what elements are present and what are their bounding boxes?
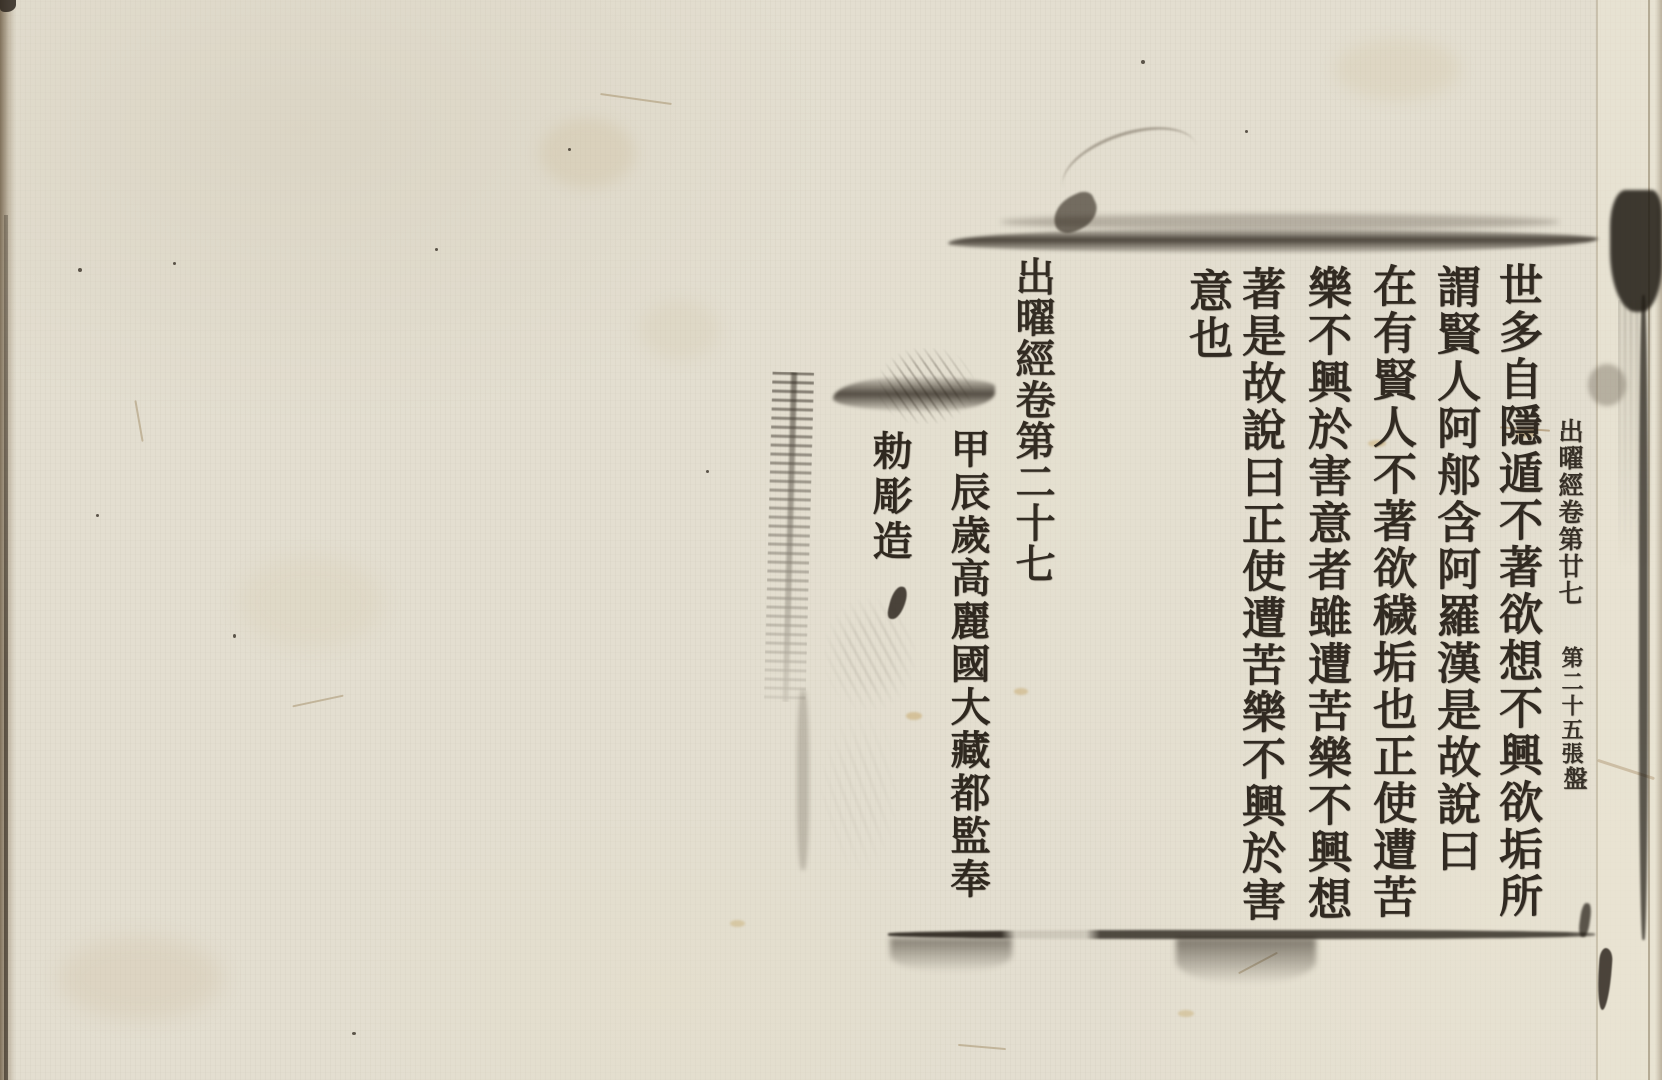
left-border-fading-tail [797, 690, 809, 870]
block-left-border-hatch [764, 372, 815, 703]
paper-speck [78, 268, 82, 272]
paper-stain [238, 556, 383, 648]
below-block-ink-mark [1596, 948, 1613, 1011]
block-top-left-border [833, 377, 995, 411]
block-top-right-corner-blob [1610, 190, 1662, 312]
paper-fiber [600, 93, 672, 105]
block-bottom-border [888, 930, 1595, 939]
colophon-faint-streaks [818, 708, 902, 873]
sheet-crease-line [1596, 0, 1598, 1080]
paper-fiber [1597, 759, 1655, 780]
margin-sheet-number: 第二十五張 [1560, 646, 1582, 766]
sheet-crease-line [1648, 0, 1650, 1080]
margin-case-character: 盤 [1560, 766, 1584, 792]
paper-speck [96, 514, 99, 517]
paper-speck [1141, 60, 1145, 64]
block-right-border [1639, 295, 1648, 940]
colophon-column-1: 甲辰歲高麗國大藏都監奉 [947, 428, 987, 901]
paper-fiber [1238, 952, 1278, 974]
margin-title: 出曜經卷第廿七 [1556, 418, 1581, 607]
bottom-border-smudge-left [890, 938, 1012, 972]
colophon-comma-mark [886, 585, 909, 622]
bottom-border-smudge-mid [1176, 938, 1316, 984]
sutra-sheet-photo: 世多自隱遁不著欲想不興欲垢所 謂賢人阿郍含阿羅漢是故說曰 在有賢人不著欲穢垢也正… [0, 0, 1662, 1080]
left-page-edge [0, 0, 16, 1080]
end-title-column: 出曜經卷第二十七 [1012, 256, 1052, 584]
paper-stain [1335, 38, 1460, 100]
paper-stain [640, 300, 720, 360]
margin-area-smear [1588, 364, 1626, 406]
main-text-column-2: 謂賢人阿郍含阿羅漢是故說曰 [1432, 264, 1476, 875]
block-top-border-haze [1000, 214, 1560, 230]
paper-fleck [906, 712, 922, 720]
bottom-border-corner-hook [1578, 902, 1593, 937]
paper-speck [1245, 130, 1248, 133]
paper-speck [706, 470, 709, 473]
left-top-corner-mark [0, 0, 16, 12]
paper-stain [540, 118, 635, 188]
top-border-ink-blob [1047, 188, 1103, 238]
top-left-hatch-streaks [878, 348, 974, 424]
paper-fleck [1178, 1010, 1194, 1017]
paper-speck [435, 248, 438, 251]
adjacent-sheet-strip [1597, 0, 1662, 1080]
paper-fiber [134, 400, 143, 442]
paper-fiber [958, 1044, 1006, 1050]
block-top-border [948, 229, 1598, 253]
paper-fiber [292, 695, 343, 708]
right-border-streaks [1618, 300, 1652, 570]
paper-fleck [730, 920, 745, 927]
paper-fleck [1014, 688, 1028, 695]
paper-stain [58, 936, 223, 1020]
main-text-column-1: 世多自隱遁不著欲想不興欲垢所 [1494, 262, 1538, 920]
paper-speck [352, 1032, 356, 1035]
sheet-edge-shadow [1655, 0, 1662, 1080]
top-diagonal-smear [1053, 112, 1207, 221]
main-text-column-3: 在有賢人不著欲穢垢也正使遭苦 [1368, 263, 1412, 921]
main-text-column-6: 意也 [1184, 268, 1228, 362]
colophon-column-2: 勅彫造 [869, 430, 909, 565]
paper-speck [173, 262, 176, 265]
colophon-diagonal-streaks [824, 598, 916, 710]
paper-speck [233, 634, 236, 638]
main-text-column-5: 著是故說曰正使遭苦樂不興於害 [1237, 266, 1281, 924]
left-edge-ink-line [4, 215, 8, 1080]
main-text-column-4: 樂不興於害意者雖遭苦樂不興想 [1303, 265, 1347, 923]
paper-speck [568, 148, 571, 151]
